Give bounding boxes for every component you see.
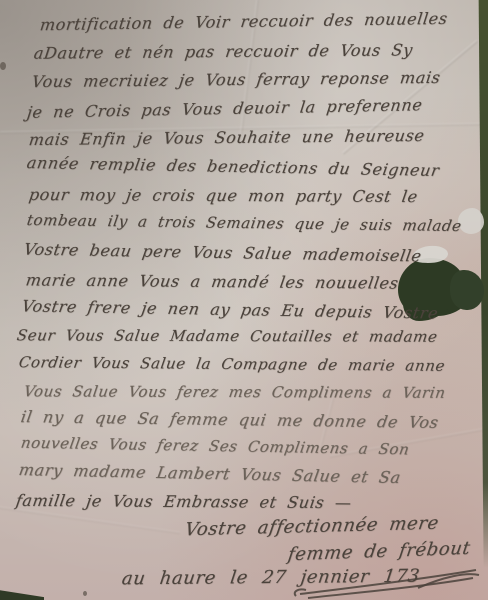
letter-line: Cordier Vous Salue la Compagne de marie … xyxy=(18,353,447,375)
letter-line: famille je Vous Embrasse et Suis — xyxy=(15,491,353,512)
letter-line: Seur Vous Salue Madame Coutailles et mad… xyxy=(16,326,439,345)
letter-photo: mortification de Voir reccuoir des nouue… xyxy=(0,0,488,600)
paper-hole-edge xyxy=(450,270,484,310)
ink-speck xyxy=(83,591,87,596)
letter-line: marie anne Vous a mandé les nouuelles xyxy=(25,270,400,292)
letter-line: Vous Salue Vous ferez mes Complimens a V… xyxy=(23,382,447,401)
ink-speck xyxy=(0,62,6,70)
signature-flourish xyxy=(268,558,483,600)
letter-line: aDautre et nén pas reccuoir de Vous Sy xyxy=(33,40,414,62)
letter-line: pour moy je crois que mon party Cest le xyxy=(28,185,419,206)
